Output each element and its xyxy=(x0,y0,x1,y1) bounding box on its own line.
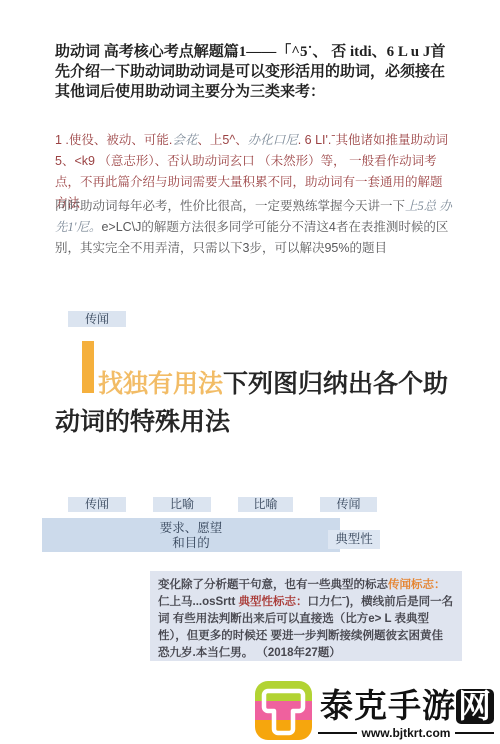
section-heading-rest: 下列图归纳出各个助 xyxy=(223,370,448,398)
keypoints-text-1: 1 .使役、被动、可能. xyxy=(55,133,172,147)
example-text-2: 仁上马...osSrtt xyxy=(158,596,239,608)
section-heading-line1: 找独有用法下列图归纳出各个助 xyxy=(98,364,448,400)
example-paragraph: 变化除了分析题干句意，也有一些典型的标志传闻标志：仁上马...osSrtt 典型… xyxy=(150,571,462,661)
article-title: 助动词 高考核心考点解题篇1——「^5˙、 否 itdi、6 L u J首先介绍… xyxy=(55,42,455,102)
logo-t-icon xyxy=(255,681,312,740)
diagram-main-box-label-line1: 要求、愿望 xyxy=(42,521,340,536)
watermark-site-name: 泰克手游网 xyxy=(320,680,496,727)
example-mark-dianxing: 典型性标志： xyxy=(239,596,308,608)
watermark-url-row: www.bjtkrt.com xyxy=(318,726,494,740)
watermark-logo-icon xyxy=(255,681,312,740)
diagram-tag-4: 传闻 xyxy=(320,497,377,512)
diagram-tag-2: 比喻 xyxy=(153,497,211,512)
keypoints-term-2: 办化口尼 xyxy=(248,133,298,147)
example-mark-chuanwen: 传闻标志： xyxy=(388,579,446,591)
article-page: 助动词 高考核心考点解题篇1——「^5˙、 否 itdi、6 L u J首先介绍… xyxy=(0,0,500,744)
example-text-1: 变化除了分析题干句意，也有一些典型的标志 xyxy=(158,579,388,591)
watermark-site-name-badge: 网 xyxy=(456,689,494,724)
method-text-1: 同时助动词每年必考，性价比很高，一定要熟练掌握今天讲一下 xyxy=(55,199,405,213)
watermark-url: www.bjtkrt.com xyxy=(362,726,451,740)
section-heading-line2: 动词的特殊用法 xyxy=(55,402,230,438)
diagram-main-box-label-line2: 和目的 xyxy=(42,536,340,551)
section-accent-bar xyxy=(82,341,94,393)
watermark-rule-right xyxy=(455,732,494,734)
tag-chuanwen-top: 传闻 xyxy=(68,311,126,327)
method-paragraph: 同时助动词每年必考，性价比很高，一定要熟练掌握今天讲一下上5总 办先1'尼。e>… xyxy=(55,196,452,259)
watermark-rule-left xyxy=(318,732,357,734)
keypoints-term-1: 会花 xyxy=(172,133,197,147)
keypoints-text-2: 、上5^、 xyxy=(197,133,247,147)
diagram-tag-dianxing: 典型性 xyxy=(328,530,380,549)
method-text-2: e>LC\J的解题方法很多同学可能分不清这4者在表推测时候的区别，其实完全不用弄… xyxy=(55,220,448,255)
diagram-tag-3: 比喻 xyxy=(238,497,293,512)
diagram-tag-1: 传闻 xyxy=(68,497,126,512)
diagram-main-box: 要求、愿望 和目的 xyxy=(42,518,340,552)
section-heading-highlight: 找独有用法 xyxy=(98,370,223,398)
watermark-site-name-text: 泰克手游 xyxy=(320,686,456,725)
